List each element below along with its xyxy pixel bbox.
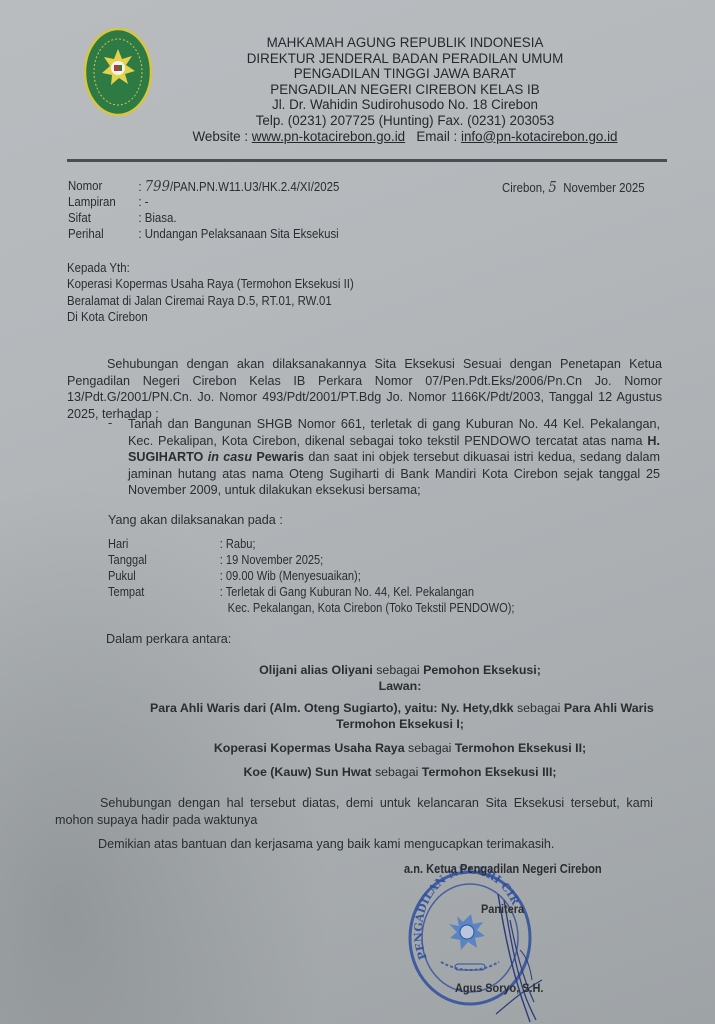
- nomor-handwritten: 799: [145, 177, 170, 195]
- hari-value: : Rabu;: [220, 536, 256, 552]
- closing-thanks: Demikian atas bantuan dan kerjasama yang…: [98, 837, 554, 851]
- date-day-handwritten: 5: [548, 178, 556, 196]
- pukul-value: : 09.00 Wib (Menyesuaikan);: [220, 568, 361, 584]
- hari-label: Hari: [108, 536, 128, 552]
- recipient-greeting: Kepada Yth:: [67, 260, 354, 276]
- tanggal-value: : 19 November 2025;: [220, 552, 324, 568]
- in-casu: in casu: [208, 450, 252, 464]
- signature-on-behalf: a.n. Ketua Pengadilan Negeri Cirebon: [404, 862, 602, 876]
- intro-paragraph: Sehubungan dengan akan dilaksanakannya S…: [67, 356, 662, 422]
- party-respondent-2: Koperasi Kopermas Usaha Raya sebagai Ter…: [150, 740, 650, 756]
- letter-date: Cirebon, 5 November 2025: [502, 178, 645, 196]
- object-paragraph: Tanah dan Bangunan SHGB Nomor 661, terle…: [128, 416, 660, 499]
- lampiran-label: Lampiran: [68, 194, 116, 210]
- tanggal-label: Tanggal: [108, 552, 147, 568]
- court-emblem-icon: [83, 27, 153, 117]
- signer-name: Agus Soryo, S.H.: [455, 981, 543, 995]
- closing-paragraph: Sehubungan dengan hal tersebut diatas, d…: [55, 795, 653, 828]
- party-respondent-3: Koe (Kauw) Sun Hwat sebagai Termohon Eks…: [150, 764, 650, 780]
- perihal-label: Perihal: [68, 226, 104, 242]
- recipient-address: Beralamat di Jalan Ciremai Raya D.5, RT.…: [67, 293, 354, 309]
- email-label: Email :: [416, 129, 461, 144]
- lampiran-value: : -: [138, 194, 148, 210]
- pukul-label: Pukul: [108, 568, 136, 584]
- nomor-value: /PAN.PN.W11.U3/HK.2.4/XI/2025: [170, 179, 339, 194]
- party-respondent-1: Para Ahli Waris dari (Alm. Oteng Sugiart…: [150, 700, 650, 716]
- recipient-city: Di Kota Cirebon: [67, 309, 354, 325]
- date-suffix: November 2025: [563, 180, 644, 195]
- recipient-name: Koperasi Kopermas Usaha Raya (Termohon E…: [67, 276, 354, 292]
- website-link[interactable]: www.pn-kotacirebon.go.id: [252, 129, 405, 144]
- tempat-value-2: Kec. Pekalangan, Kota Cirebon (Toko Teks…: [228, 600, 515, 616]
- perihal-value: : Undangan Pelaksanaan Sita Eksekusi: [138, 226, 338, 242]
- lawan-label: Lawan:: [150, 678, 650, 694]
- signature-title: Panitera: [481, 902, 524, 916]
- letterhead-address: Jl. Dr. Wahidin Sudirohusodo No. 18 Cire…: [150, 97, 660, 113]
- letterhead-divider: [67, 159, 667, 162]
- letterhead: MAHKAMAH AGUNG REPUBLIK INDONESIA DIREKT…: [150, 35, 660, 144]
- website-label: Website :: [193, 129, 252, 144]
- case-intro: Dalam perkara antara:: [106, 632, 231, 646]
- parties-block: Olijani alias Oliyani sebagai Pemohon Ek…: [150, 662, 650, 780]
- letterhead-phone: Telp. (0231) 207725 (Hunting) Fax. (0231…: [150, 113, 660, 129]
- letterhead-line: DIREKTUR JENDERAL BADAN PERADILAN UMUM: [150, 51, 660, 67]
- tempat-label: Tempat: [108, 584, 144, 600]
- recipient-block: Kepada Yth: Koperasi Kopermas Usaha Raya…: [67, 260, 354, 325]
- letterhead-line: MAHKAMAH AGUNG REPUBLIK INDONESIA: [150, 35, 660, 51]
- party-applicant: Olijani alias Oliyani sebagai Pemohon Ek…: [150, 662, 650, 678]
- schedule-intro: Yang akan dilaksanakan pada :: [108, 513, 283, 527]
- sifat-label: Sifat: [68, 210, 91, 226]
- object-text: Tanah dan Bangunan SHGB Nomor 661, terle…: [128, 417, 660, 448]
- party-respondent-1-role: Termohon Eksekusi I;: [150, 716, 650, 732]
- letterhead-line: PENGADILAN NEGERI CIREBON KELAS IB: [150, 82, 660, 98]
- letterhead-line: PENGADILAN TINGGI JAWA BARAT: [150, 66, 660, 82]
- letterhead-contact: Website : www.pn-kotacirebon.go.id Email…: [150, 129, 660, 145]
- scanned-letter: MAHKAMAH AGUNG REPUBLIK INDONESIA DIREKT…: [0, 0, 715, 1024]
- sifat-value: : Biasa.: [138, 210, 176, 226]
- date-prefix: Cirebon,: [502, 180, 545, 195]
- nomor-sep: :: [138, 179, 141, 194]
- heir-role: Pewaris: [256, 450, 304, 464]
- email-link[interactable]: info@pn-kotacirebon.go.id: [461, 129, 618, 144]
- bullet-marker: -: [108, 416, 112, 430]
- tempat-value: : Terletak di Gang Kuburan No. 44, Kel. …: [220, 584, 474, 600]
- nomor-label: Nomor: [68, 178, 102, 194]
